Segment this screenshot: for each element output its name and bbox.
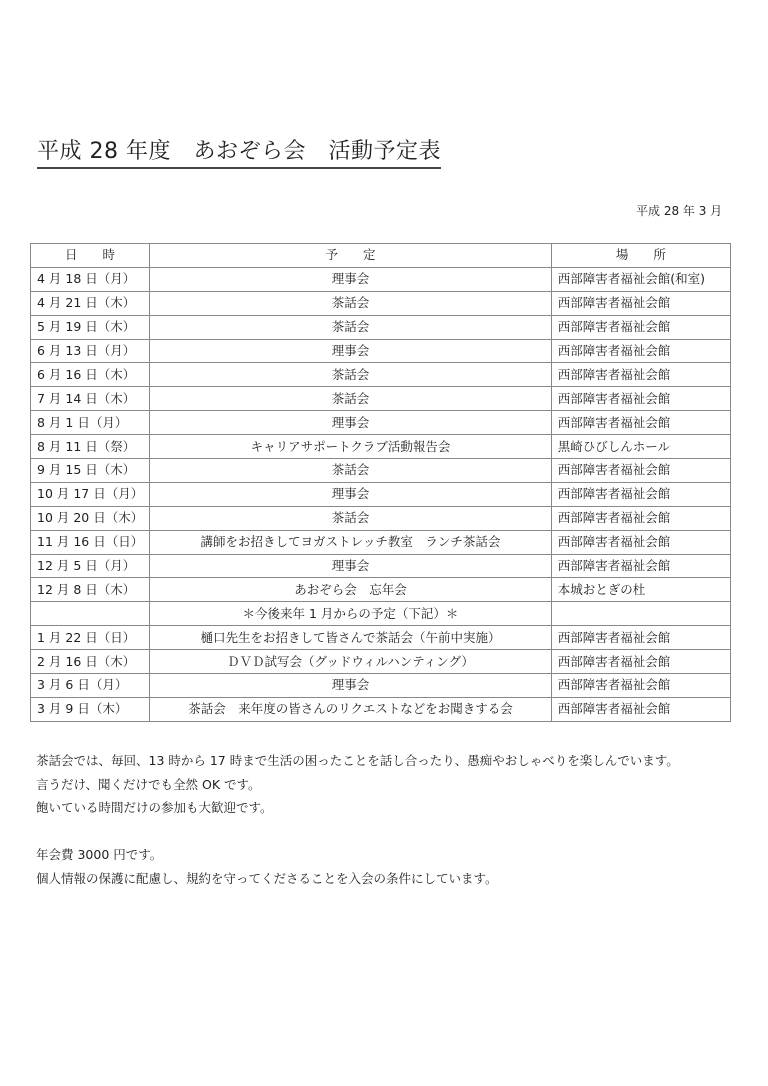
- cell-place: 西部障害者福祉会館: [551, 291, 730, 315]
- header-plan: 予 定: [150, 244, 552, 268]
- document-date: 平成 28 年 3 月: [636, 202, 722, 219]
- table-row: 10 月 20 日（木）茶話会西部障害者福祉会館: [31, 506, 731, 530]
- cell-date: 11 月 16 日（日）: [31, 530, 150, 554]
- cell-place: 西部障害者福祉会館: [551, 459, 730, 483]
- header-place: 場 所: [551, 244, 730, 268]
- cell-date: 12 月 8 日（木）: [31, 578, 150, 602]
- cell-plan: 理事会: [150, 482, 552, 506]
- table-row: 4 月 18 日（月）理事会西部障害者福祉会館(和室): [31, 267, 731, 291]
- cell-place: 西部障害者福祉会館: [551, 674, 730, 698]
- schedule-table: 日 時 予 定 場 所 4 月 18 日（月）理事会西部障害者福祉会館(和室)4…: [30, 243, 731, 722]
- table-row: 9 月 15 日（木）茶話会西部障害者福祉会館: [31, 459, 731, 483]
- table-row: 11 月 16 日（日）講師をお招きしてヨガストレッチ教室 ランチ茶話会西部障害…: [31, 530, 731, 554]
- table-row: 8 月 1 日（月）理事会西部障害者福祉会館: [31, 411, 731, 435]
- cell-date: 2 月 16 日（木）: [31, 650, 150, 674]
- cell-place: 西部障害者福祉会館: [551, 697, 730, 721]
- table-row: 3 月 9 日（木）茶話会 来年度の皆さんのリクエストなどをお聞きする会西部障害…: [31, 697, 731, 721]
- cell-plan: 理事会: [150, 339, 552, 363]
- note-line: 茶話会では、毎回、13 時から 17 時まで生活の困ったことを話し合ったり、愚痴…: [36, 749, 679, 773]
- cell-plan: 茶話会: [150, 387, 552, 411]
- cell-date: 12 月 5 日（月）: [31, 554, 150, 578]
- cell-place: 西部障害者福祉会館: [551, 530, 730, 554]
- cell-place: 西部障害者福祉会館: [551, 482, 730, 506]
- cell-plan: 理事会: [150, 267, 552, 291]
- table-row: 10 月 17 日（月）理事会西部障害者福祉会館: [31, 482, 731, 506]
- cell-place: 西部障害者福祉会館: [551, 339, 730, 363]
- cell-plan: 理事会: [150, 674, 552, 698]
- cell-place: 黒崎ひびしんホール: [551, 435, 730, 459]
- note-line: 個人情報の保護に配慮し、規約を守ってくださることを入会の条件にしています。: [36, 867, 679, 891]
- table-row: 4 月 21 日（木）茶話会西部障害者福祉会館: [31, 291, 731, 315]
- cell-place: 西部障害者福祉会館: [551, 626, 730, 650]
- cell-plan: 茶話会: [150, 363, 552, 387]
- table-row: 12 月 8 日（木）あおぞら会 忘年会本城おとぎの杜: [31, 578, 731, 602]
- cell-date: 9 月 15 日（木）: [31, 459, 150, 483]
- table-row: 3 月 6 日（月）理事会西部障害者福祉会館: [31, 674, 731, 698]
- cell-plan: キャリアサポートクラブ活動報告会: [150, 435, 552, 459]
- cell-place: 本城おとぎの杜: [551, 578, 730, 602]
- cell-plan: 理事会: [150, 411, 552, 435]
- cell-plan: あおぞら会 忘年会: [150, 578, 552, 602]
- cell-date: 8 月 11 日（祭）: [31, 435, 150, 459]
- cell-place: [551, 602, 730, 626]
- cell-date: 10 月 17 日（月）: [31, 482, 150, 506]
- cell-place: 西部障害者福祉会館: [551, 411, 730, 435]
- cell-date: 6 月 13 日（月）: [31, 339, 150, 363]
- table-row: 5 月 19 日（木）茶話会西部障害者福祉会館: [31, 315, 731, 339]
- cell-plan: 茶話会: [150, 315, 552, 339]
- cell-place: 西部障害者福祉会館: [551, 506, 730, 530]
- note-line: 言うだけ、聞くだけでも全然 OK です。: [36, 773, 679, 797]
- cell-place: 西部障害者福祉会館: [551, 650, 730, 674]
- cell-plan: 樋口先生をお招きして皆さんで茶話会（午前中実施）: [150, 626, 552, 650]
- cell-date: [31, 602, 150, 626]
- cell-date: 6 月 16 日（木）: [31, 363, 150, 387]
- cell-date: 8 月 1 日（月）: [31, 411, 150, 435]
- cell-place: 西部障害者福祉会館: [551, 315, 730, 339]
- table-row: 6 月 16 日（木）茶話会西部障害者福祉会館: [31, 363, 731, 387]
- cell-date: 3 月 6 日（月）: [31, 674, 150, 698]
- table-row: 6 月 13 日（月）理事会西部障害者福祉会館: [31, 339, 731, 363]
- cell-place: 西部障害者福祉会館: [551, 387, 730, 411]
- table-row: 1 月 22 日（日）樋口先生をお招きして皆さんで茶話会（午前中実施）西部障害者…: [31, 626, 731, 650]
- cell-date: 5 月 19 日（木）: [31, 315, 150, 339]
- cell-plan: 講師をお招きしてヨガストレッチ教室 ランチ茶話会: [150, 530, 552, 554]
- cell-date: 4 月 18 日（月）: [31, 267, 150, 291]
- cell-plan: 茶話会: [150, 291, 552, 315]
- notes-section: 茶話会では、毎回、13 時から 17 時まで生活の困ったことを話し合ったり、愚痴…: [36, 749, 679, 890]
- cell-date: 3 月 9 日（木）: [31, 697, 150, 721]
- table-header-row: 日 時 予 定 場 所: [31, 244, 731, 268]
- cell-plan: 茶話会: [150, 459, 552, 483]
- cell-plan: ＊今後来年 1 月からの予定（下記）＊: [150, 602, 552, 626]
- cell-date: 1 月 22 日（日）: [31, 626, 150, 650]
- table-row: 12 月 5 日（月）理事会西部障害者福祉会館: [31, 554, 731, 578]
- cell-place: 西部障害者福祉会館: [551, 554, 730, 578]
- cell-date: 4 月 21 日（木）: [31, 291, 150, 315]
- page-title: 平成 28 年度 あおぞら会 活動予定表: [37, 138, 441, 169]
- cell-place: 西部障害者福祉会館(和室): [551, 267, 730, 291]
- header-date: 日 時: [31, 244, 150, 268]
- note-line: 年会費 3000 円です。: [36, 843, 679, 867]
- cell-plan: ＤＶＤ試写会（グッドウィルハンティング）: [150, 650, 552, 674]
- cell-date: 7 月 14 日（木）: [31, 387, 150, 411]
- table-row: 2 月 16 日（木）ＤＶＤ試写会（グッドウィルハンティング）西部障害者福祉会館: [31, 650, 731, 674]
- table-row: ＊今後来年 1 月からの予定（下記）＊: [31, 602, 731, 626]
- cell-plan: 茶話会: [150, 506, 552, 530]
- cell-plan: 茶話会 来年度の皆さんのリクエストなどをお聞きする会: [150, 697, 552, 721]
- table-row: 8 月 11 日（祭）キャリアサポートクラブ活動報告会黒崎ひびしんホール: [31, 435, 731, 459]
- cell-date: 10 月 20 日（木）: [31, 506, 150, 530]
- cell-plan: 理事会: [150, 554, 552, 578]
- cell-place: 西部障害者福祉会館: [551, 363, 730, 387]
- table-row: 7 月 14 日（木）茶話会西部障害者福祉会館: [31, 387, 731, 411]
- note-line: 飽いている時間だけの参加も大歓迎です。: [36, 796, 679, 820]
